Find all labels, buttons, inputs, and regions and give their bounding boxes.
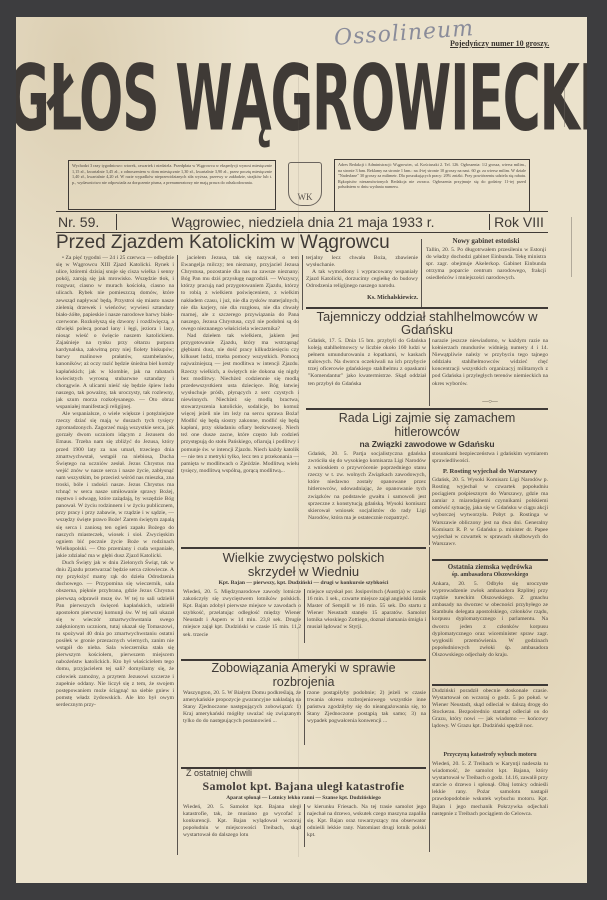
paper-fold	[298, 77, 299, 857]
column-divider	[177, 255, 178, 855]
column-divider	[429, 338, 430, 406]
column-divider	[304, 804, 305, 847]
newspaper-page: Ossolineum Pojedyńczy numer 10 groszy. G…	[16, 17, 587, 883]
column-divider	[421, 239, 422, 307]
section-rule	[306, 408, 548, 410]
stahlhelm-headline: Tajemniczy oddział stahlhelmowców w Gdań…	[306, 310, 548, 336]
ameryka-column-1: Waszyngton, 20. 5. W Białym Domu podkreś…	[183, 690, 301, 745]
paragraph: Ale wspanialsze, o wiele większe i potęż…	[56, 411, 174, 560]
section-rule	[181, 547, 426, 549]
ameryka-column-2: rzone postąpiłyby podobnie; 2) jeżeli w …	[307, 690, 426, 745]
bajan-continued-body: Dudziński poradził obecnie doskonale cza…	[432, 688, 548, 750]
issue-date: Wągrowiec, niedziela dnia 21 maja 1933 r…	[117, 214, 489, 230]
wieden-column-1: Wiedeń, 20. 5. Międzynarodowe zawody lot…	[183, 589, 301, 643]
column-divider	[429, 451, 430, 545]
bajan-crash-headline: Samolot kpt. Bajana uległ katastrofie	[181, 779, 426, 794]
masthead: GŁOS WĄGROWIECKI	[56, 55, 548, 145]
column-divider	[429, 547, 430, 852]
section-rule	[432, 559, 548, 561]
newspaper-title: GŁOS WĄGROWIECKI	[56, 52, 547, 145]
dateline-bar: Nr. 59. Wągrowiec, niedziela dnia 21 maj…	[56, 211, 548, 233]
estonia-headline: Nowy gabinet estoński	[424, 237, 548, 245]
wieden-headline-line-2: skrzydeł w Wiedniu	[181, 565, 426, 578]
rosting-headline: P. Rosting wyjechał do Warszawy	[432, 468, 548, 475]
ostatnia-wedrowka-headline: Ostatnia ziemska wędrówka	[432, 563, 548, 571]
estonia-body: Tallin, 20. 5. Po długotrwałem przesilen…	[426, 247, 546, 307]
paper-speck	[36, 107, 38, 109]
subscription-info-box: Wychodzi 3 razy tygodniowo: wtorek, czwa…	[68, 160, 276, 210]
wieden-headline-line-1: Wielkie zwycięstwo polskich	[181, 551, 426, 564]
engine-explosion-body: Wiedeń, 20. 5. Z Treibach w Karyntji nad…	[432, 761, 548, 847]
ameryka-headline-line-1: Zobowiązania Ameryki w sprawie	[181, 662, 426, 675]
town-crest-icon: WK	[288, 162, 322, 206]
issue-number: Nr. 59.	[56, 214, 117, 230]
paragraph: Duch Święty jak w dniu Zielonych Świąt, …	[56, 560, 174, 709]
liga-headline-line-1: Rada Ligi zajmie się zamachem	[306, 412, 548, 425]
wieden-column-2: miejsce uzyskał por. Josipovitsch (Austr…	[307, 589, 426, 643]
editorial-address-box: Adres Redakcji i Administracji: Wągrowie…	[334, 159, 530, 212]
paragraph: terjalny lecz chwała Boża, zbawienie wys…	[306, 255, 418, 269]
paper-speck	[564, 87, 565, 127]
bajan-crash-subheadline: Aparat spłonął — Lotnicy lekko ranni — S…	[181, 795, 426, 801]
ostatnia-wedrowka-subheadline: śp. ambasadora Olszowskiego	[432, 572, 548, 578]
ameryka-headline-line-2: rozbrojenia	[181, 676, 426, 689]
ornament-divider: —○—	[432, 399, 548, 405]
author-signature: Ks. Michalskiewicz.	[306, 295, 438, 301]
breaking-news-kicker: Z ostatniej chwili	[186, 769, 252, 778]
bajan-crash-column-1: Wiedeń, 20. 5. Samolot kpt. Bajana uległ…	[183, 804, 301, 847]
column-divider	[302, 255, 303, 310]
stahlhelm-column-2: narazie jeszcze niewiadomo, w każdym raz…	[432, 338, 548, 398]
main-article-column-1: • Za pięć tygodni — 24 i 25 czerwca — od…	[56, 255, 174, 855]
main-article-column-2: jacielem Jezusa, tak się nazywał, o tem …	[181, 255, 299, 545]
paragraph: jacielem Jezusa, tak się nazywał, o tem …	[181, 255, 299, 333]
main-article-headline: Przed Zjazdem Katolickim w Wągrowcu	[56, 233, 416, 252]
rosting-body: Gdańsk, 20. 5. Wysoki Komisarz Ligi Naro…	[432, 477, 548, 545]
engine-explosion-headline: Przyczyną katastrofy wybuch motoru	[432, 752, 548, 758]
volume-year: Rok VIII	[489, 214, 548, 230]
liga-headline-line-2: hitlerowców	[306, 426, 548, 439]
wieden-subheadline: Kpt. Bajan — pierwszy, kpt. Dudziński — …	[181, 580, 426, 586]
paragraph: • Za pięć tygodni — 24 i 25 czerwca — od…	[56, 255, 174, 411]
section-rule	[432, 684, 548, 686]
paragraph: Nad dziełem tak wielkiem, jakiem jest pr…	[181, 333, 299, 475]
liga-column-1: Gdańsk, 20. 5. Partja socjalistyczna gda…	[308, 451, 426, 545]
ostatnia-wedrowka-body: Ankara, 20. 5. Odbyło się uroczyste wypr…	[432, 581, 548, 681]
column-divider	[304, 690, 305, 745]
paper-speck	[571, 217, 572, 277]
stahlhelm-column-1: Gdańsk, 17. 5. Dnia 15 bm. przybyli do G…	[308, 338, 426, 406]
column-divider	[304, 589, 305, 643]
bajan-crash-column-2: w kierunku Friesach. Na tej trasie samol…	[307, 804, 426, 847]
paragraph: A tak wymodlony i wypracowany wspaniały …	[306, 269, 418, 290]
liga-subheadline: na Związki zawodowe w Gdańsku	[306, 440, 548, 449]
liga-column-2: stosunkami bezpieczeństwa i gdańskim wym…	[432, 451, 548, 467]
crest-label: WK	[298, 192, 313, 202]
